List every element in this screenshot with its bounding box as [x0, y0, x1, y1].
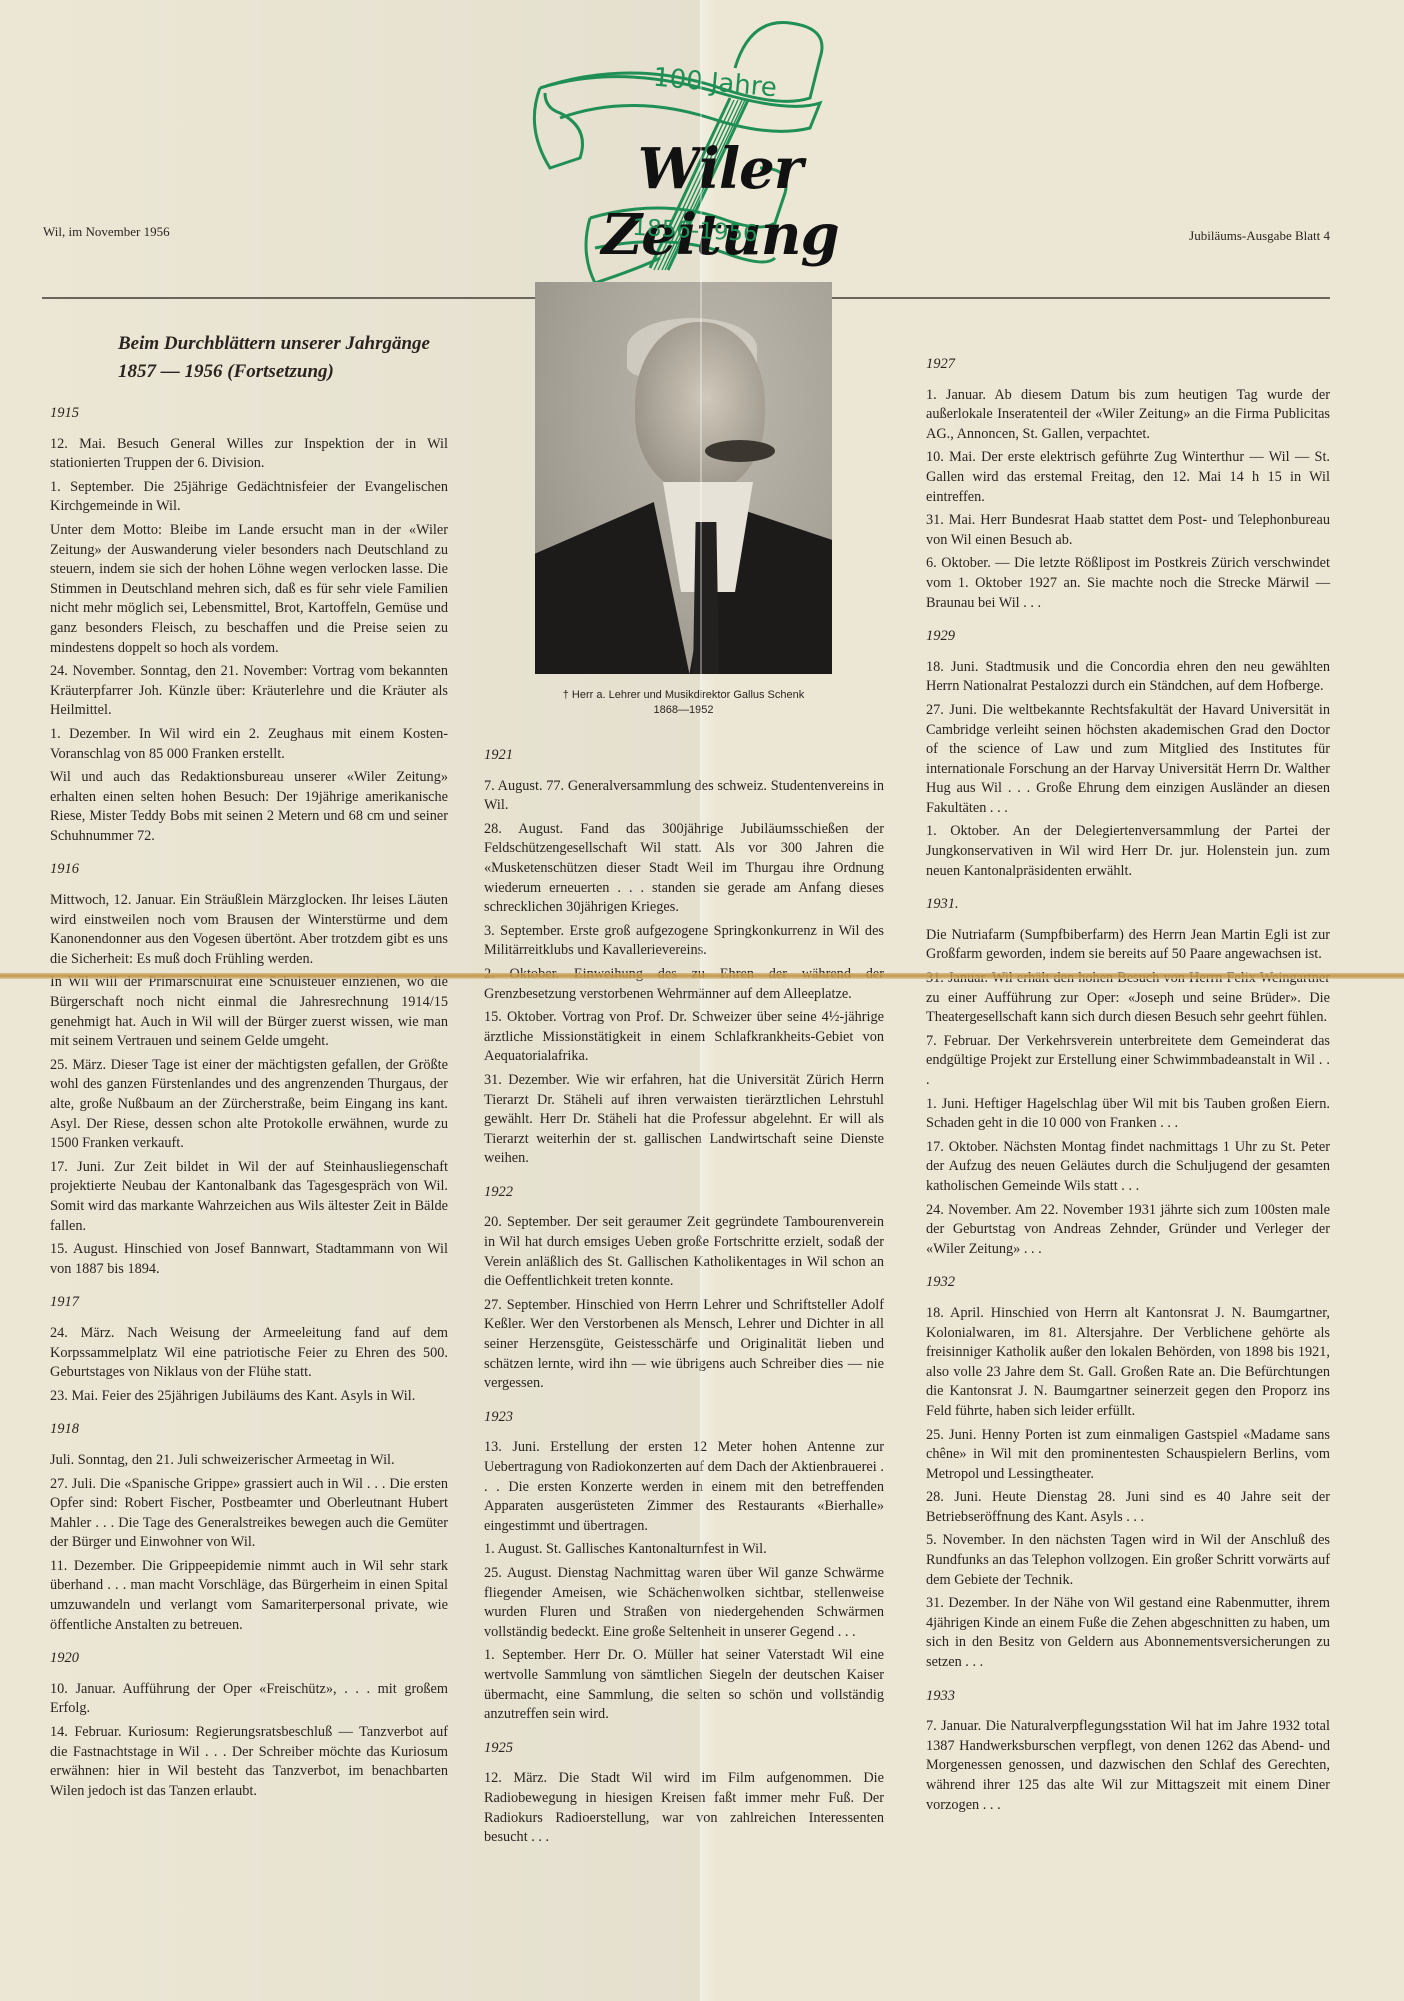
chronicle-entry: Die Nutriafarm (Sumpfbiberfarm) des Herr… [926, 926, 1330, 965]
chronicle-entry: 10. Mai. Der erste elektrisch geführte Z… [926, 448, 1330, 507]
chronicle-entry: 31. Dezember. In der Nähe von Wil gestan… [926, 1594, 1330, 1672]
chronicle-entry: 5. November. In den nächsten Tagen wird … [926, 1531, 1330, 1590]
chronicle-entry: 1. September. Herr Dr. O. Müller hat sei… [484, 1646, 884, 1724]
chronicle-entry: 25. August. Dienstag Nachmittag waren üb… [484, 1564, 884, 1642]
chronicle-entry: 31. Dezember. Wie wir erfahren, hat die … [484, 1071, 884, 1169]
chronicle-entry: 27. Juni. Die weltbekannte Rechtsfakultä… [926, 701, 1330, 819]
chronicle-entry: 1. Juni. Heftiger Hagelschlag über Wil m… [926, 1095, 1330, 1134]
chronicle-entry: 25. März. Dieser Tage ist einer der mäch… [50, 1056, 448, 1154]
chronicle-entry: 13. Juni. Erstellung der ersten 12 Meter… [484, 1438, 884, 1536]
chronicle-entry: In Wil will der Primarschulrat eine Schu… [50, 973, 448, 1051]
chronicle-entry: 18. April. Hinschied von Herrn alt Kanto… [926, 1304, 1330, 1422]
chronicle-entry: 17. Oktober. Nächsten Montag findet nach… [926, 1138, 1330, 1197]
year-heading: 1921 [484, 746, 884, 766]
chronicle-entry: 15. Oktober. Vortrag von Prof. Dr. Schwe… [484, 1008, 884, 1067]
year-heading: 1929 [926, 627, 1330, 647]
chronicle-entry: 20. September. Der seit geraumer Zeit ge… [484, 1213, 884, 1291]
chronicle-entry: 25. Juni. Henny Porten ist zum einmalige… [926, 1426, 1330, 1485]
chronicle-entry: Wil und auch das Redaktionsbureau unsere… [50, 768, 448, 846]
article-title: Beim Durchblättern unserer Jahrgänge 185… [118, 330, 448, 386]
chronicle-entry: 14. Februar. Kuriosum: Regierungsratsbes… [50, 1723, 448, 1801]
chronicle-entry: 3. September. Erste groß aufgezogene Spr… [484, 922, 884, 961]
newspaper-title: Wiler Zeitung [520, 136, 920, 268]
year-heading: 1918 [50, 1420, 448, 1440]
year-heading: 1932 [926, 1273, 1330, 1293]
chronicle-entry: 1. September. Die 25jährige Gedächtnisfe… [50, 478, 448, 517]
chronicle-entry: 1. August. St. Gallisches Kantonalturnfe… [484, 1540, 884, 1560]
chronicle-entry: Mittwoch, 12. Januar. Ein Sträußlein Mär… [50, 891, 448, 969]
photo-caption-line-2: 1868—1952 [535, 703, 832, 718]
chronicle-entry: 1. Oktober. An der Delegiertenversammlun… [926, 822, 1330, 881]
chronicle-entry: 18. Juni. Stadtmusik und die Concordia e… [926, 658, 1330, 697]
newspaper-logo: 100 Jahre Wiler Zeitung 1856-1956 [520, 18, 920, 293]
chronicle-entry: 27. September. Hinschied von Herrn Lehre… [484, 1296, 884, 1394]
chronicle-entry: 31. Mai. Herr Bundesrat Haab stattet dem… [926, 511, 1330, 550]
year-list: 191512. Mai. Besuch General Willes zur I… [50, 404, 448, 1801]
year-heading: 1917 [50, 1293, 448, 1313]
issue-label: Jubiläums-Ausgabe Blatt 4 [1189, 228, 1330, 244]
chronicle-entry: 1. Januar. Ab diesem Datum bis zum heuti… [926, 386, 1330, 445]
masthead: 100 Jahre Wiler Zeitung 1856-1956 Wil, i… [0, 0, 1404, 300]
chronicle-entry: 1. Dezember. In Wil wird ein 2. Zeughaus… [50, 725, 448, 764]
chronicle-entry: 7. Februar. Der Verkehrsverein unterbrei… [926, 1032, 1330, 1091]
chronicle-entry: 12. März. Die Stadt Wil wird im Film auf… [484, 1769, 884, 1847]
chronicle-entry: 24. März. Nach Weisung der Armeeleitung … [50, 1324, 448, 1383]
year-list: 19217. August. 77. Generalversammlung de… [484, 746, 884, 1848]
photo-caption: † Herr a. Lehrer und Musikdirektor Gallu… [535, 688, 832, 718]
year-heading: 1916 [50, 860, 448, 880]
year-heading: 1923 [484, 1408, 884, 1428]
chronicle-entry: 24. November. Sonntag, den 21. November:… [50, 662, 448, 721]
chronicle-entry: 17. Juni. Zur Zeit bildet in Wil der auf… [50, 1158, 448, 1236]
photo-caption-line-1: † Herr a. Lehrer und Musikdirektor Gallu… [535, 688, 832, 703]
chronicle-entry: 7. August. 77. Generalversammlung des sc… [484, 777, 884, 816]
year-heading: 1925 [484, 1739, 884, 1759]
chronicle-entry: 27. Juli. Die «Spanische Grippe» grassie… [50, 1475, 448, 1553]
chronicle-entry: 23. Mai. Feier des 25jährigen Jubiläums … [50, 1387, 448, 1407]
article-title-line-2: 1857 — 1956 (Fortsetzung) [118, 358, 448, 386]
portrait-figure: † Herr a. Lehrer und Musikdirektor Gallu… [535, 282, 832, 718]
chronicle-entry: 12. Mai. Besuch General Willes zur Inspe… [50, 435, 448, 474]
chronicle-entry: Unter dem Motto: Bleibe im Lande ersucht… [50, 521, 448, 658]
paper-fold-vertical [700, 0, 702, 2001]
year-heading: 1931. [926, 895, 1330, 915]
year-heading: 1915 [50, 404, 448, 424]
chronicle-entry: Juli. Sonntag, den 21. Juli schweizerisc… [50, 1451, 448, 1471]
column-middle: † Herr a. Lehrer und Musikdirektor Gallu… [484, 330, 884, 1852]
chronicle-entry: 28. August. Fand das 300jährige Jubiläum… [484, 820, 884, 918]
chronicle-entry: 11. Dezember. Die Grippeepidemie nimmt a… [50, 1557, 448, 1635]
dateline: Wil, im November 1956 [43, 224, 170, 240]
chronicle-entry: 28. Juni. Heute Dienstag 28. Juni sind e… [926, 1488, 1330, 1527]
year-heading: 1927 [926, 355, 1330, 375]
paper-fold-horizontal [0, 973, 1404, 979]
chronicle-entry: 10. Januar. Aufführung der Oper «Freisch… [50, 1680, 448, 1719]
article-title-line-1: Beim Durchblättern unserer Jahrgänge [118, 330, 448, 358]
chronicle-entry: 6. Oktober. — Die letzte Rößlipost im Po… [926, 554, 1330, 613]
chronicle-entry: 15. August. Hinschied von Josef Bannwart… [50, 1240, 448, 1279]
portrait-photo [535, 282, 832, 674]
year-heading: 1922 [484, 1183, 884, 1203]
column-right: 19271. Januar. Ab diesem Datum bis zum h… [926, 355, 1330, 1819]
column-left: Beim Durchblättern unserer Jahrgänge 185… [50, 330, 448, 1805]
chronicle-entry: 7. Januar. Die Naturalverpflegungsstatio… [926, 1717, 1330, 1815]
year-heading: 1933 [926, 1687, 1330, 1707]
chronicle-entry: 24. November. Am 22. November 1931 jährt… [926, 1201, 1330, 1260]
year-list: 19271. Januar. Ab diesem Datum bis zum h… [926, 355, 1330, 1815]
year-heading: 1920 [50, 1649, 448, 1669]
chronicle-entry: 2. Oktober. Einweihung des zu Ehren der … [484, 965, 884, 1004]
